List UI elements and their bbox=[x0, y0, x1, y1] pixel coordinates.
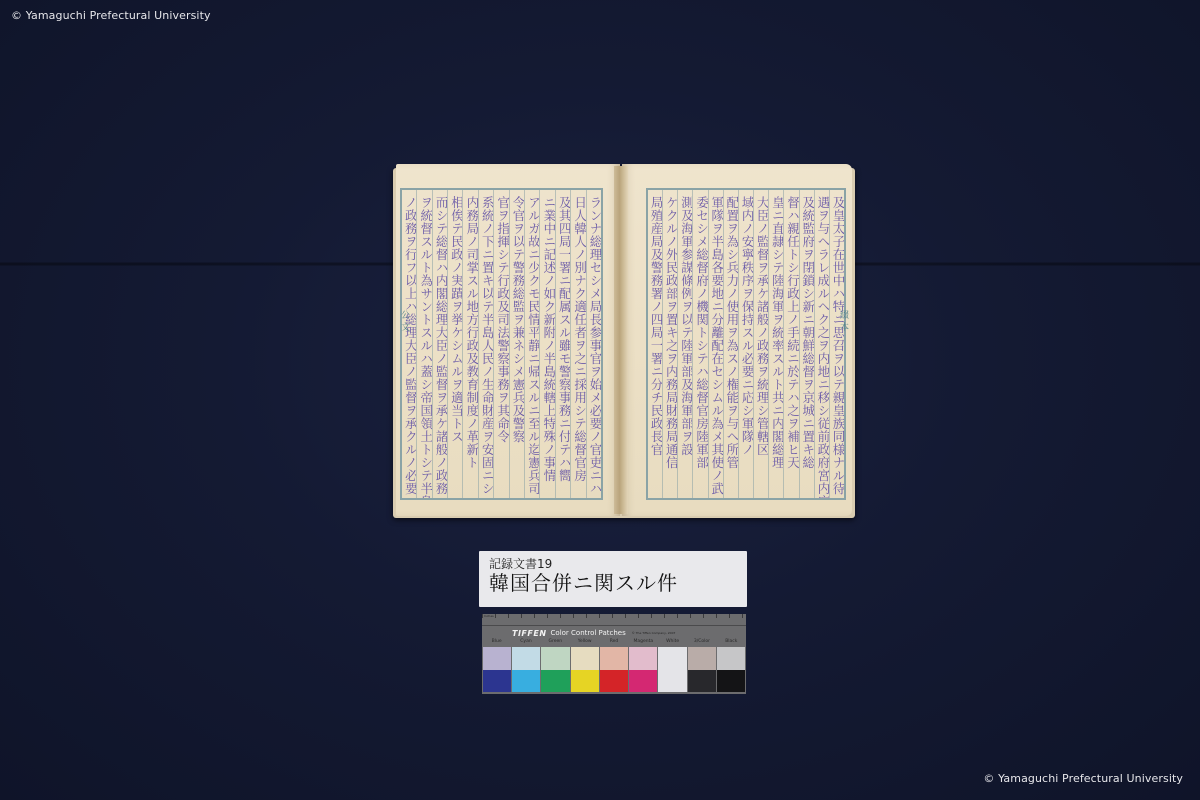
text-column: 督ハ親任トシ行政上ノ手続ニ於テハ之ヲ補ヒ天 bbox=[783, 190, 798, 498]
chart-header: TIFFEN Color Control Patches © The Tiffe… bbox=[482, 626, 746, 640]
open-book: ランナ総理セシメ局長参事官ヲ始メ必要ノ官吏ニハ 日人韓人ノ別ナク適任者ヲ之ニ採用… bbox=[396, 164, 852, 516]
text-column: 配置ヲ為シ兵力ノ使用ヲ為スノ権能ヲ与ヘ所管 bbox=[723, 190, 738, 498]
patch-name: Black bbox=[717, 639, 746, 646]
text-column: 及皇太子在世中ハ特ニ思召ヲ以テ親皇族同様ナル待 bbox=[829, 190, 844, 498]
text-column: ノ政務ヲ行フ以上ハ総理大臣ノ監督ヲ承クルノ必要 bbox=[402, 190, 416, 498]
color-patch-magenta-light bbox=[629, 647, 657, 670]
text-column: 系統ノ下ニ置キ以テ半島人民ノ生命財産ヲ安固ニシ bbox=[478, 190, 493, 498]
color-patch-cyan-light bbox=[512, 647, 540, 670]
patch-name: Cyan bbox=[511, 639, 540, 646]
text-column: 測及海軍参謀條例ヲ以テ陸軍部及海軍部ヲ設 bbox=[677, 190, 692, 498]
color-patch-red-light bbox=[600, 647, 628, 670]
color-patch-white-light bbox=[658, 647, 686, 670]
text-column: ランナ総理セシメ局長参事官ヲ始メ必要ノ官吏ニハ bbox=[586, 190, 601, 498]
color-patch-red-dark bbox=[600, 670, 628, 693]
text-column: 局殖産局及警務署ノ四局一署ニ分チ民政長官 bbox=[648, 190, 662, 498]
patch-name: Blue bbox=[482, 639, 511, 646]
color-patch-black-light bbox=[717, 647, 745, 670]
color-patch-blue-dark bbox=[483, 670, 511, 693]
chart-copyright: © The Tiffen Company, 2007 bbox=[632, 631, 676, 635]
text-column: アルガ故ニ少クモ民情平静ニ帰スルニ至ル迄憲兵司 bbox=[524, 190, 539, 498]
copyright-watermark-bottom: © Yamaguchi Prefectural University bbox=[983, 772, 1183, 785]
color-patch-white-dark bbox=[658, 670, 686, 693]
text-column: 委セシメ総督府ノ機関トシテハ総督官房陸軍部 bbox=[692, 190, 707, 498]
text-column: 軍隊ヲ半島各要地ニ分離配在セシムル為メ其使ノ武 bbox=[708, 190, 723, 498]
color-patch-magenta-dark bbox=[629, 670, 657, 693]
text-column: 遇ヲ与ヘラレ成ルヘク之ヲ内地ニ移シ従前政府宮内府 bbox=[814, 190, 829, 498]
text-column: ヲ統督スルト為サントスルハ蓋シ帝国領土トシテ半島 bbox=[416, 190, 431, 498]
tiffen-logo: TIFFEN bbox=[512, 629, 547, 638]
color-patches-grid bbox=[482, 647, 746, 692]
color-control-chart: Inches TIFFEN Color Control Patches © Th… bbox=[482, 614, 746, 694]
color-patch-black-dark bbox=[717, 670, 745, 693]
text-column: 而シテ総督ハ内閣総理大臣ノ監督ヲ承ケ諸般ノ政務 bbox=[432, 190, 447, 498]
right-margin-mark: 綴 本 bbox=[837, 310, 850, 331]
left-margin-mark: 公 文 bbox=[398, 310, 411, 331]
text-column: 大臣ノ監督ヲ承ケ諸般ノ政務ヲ統理シ管轄区 bbox=[753, 190, 768, 498]
chart-title: Color Control Patches bbox=[551, 629, 626, 637]
measurement-ruler: Inches bbox=[482, 614, 746, 626]
book-gutter bbox=[614, 166, 628, 514]
text-column: ケクルノ外民政部ヲ置キ之ヲ内務局財務局通信 bbox=[662, 190, 677, 498]
patch-name: Green bbox=[541, 639, 570, 646]
color-patch-3-color-dark bbox=[688, 670, 716, 693]
ruler-unit-label: Inches bbox=[484, 614, 494, 618]
text-column: 域内ノ安寧秩序ヲ保持スル必要ニ応シ軍隊ノ bbox=[738, 190, 753, 498]
color-patch-blue-light bbox=[483, 647, 511, 670]
color-patch-yellow-dark bbox=[571, 670, 599, 693]
left-page: ランナ総理セシメ局長参事官ヲ始メ必要ノ官吏ニハ 日人韓人ノ別ナク適任者ヲ之ニ採用… bbox=[396, 164, 620, 516]
left-page-frame: ランナ総理セシメ局長参事官ヲ始メ必要ノ官吏ニハ 日人韓人ノ別ナク適任者ヲ之ニ採用… bbox=[400, 188, 603, 500]
color-patch-green-dark bbox=[541, 670, 569, 693]
text-column: 令官ヲ以テ警務総監ヲ兼ネシメ憲兵及警察 bbox=[509, 190, 524, 498]
text-column: 皇ニ直隷シテ陸海軍ヲ統率スルト共ニ内閣総理 bbox=[768, 190, 783, 498]
patch-name: White bbox=[658, 639, 687, 646]
document-title: 韓国合併ニ関スル件 bbox=[489, 571, 737, 595]
color-patch-yellow-light bbox=[571, 647, 599, 670]
color-patch-cyan-dark bbox=[512, 670, 540, 693]
patch-name: Magenta bbox=[629, 639, 658, 646]
right-page-frame: 及皇太子在世中ハ特ニ思召ヲ以テ親皇族同様ナル待 遇ヲ与ヘラレ成ルヘク之ヲ内地ニ移… bbox=[646, 188, 846, 500]
text-column: 日人韓人ノ別ナク適任者ヲ之ニ採用シテ総督官房 bbox=[570, 190, 585, 498]
text-column: 官ヲ指揮シテ行政及司法警察事務ヲ其命令 bbox=[493, 190, 508, 498]
color-patch-3-color-light bbox=[688, 647, 716, 670]
text-column: 相俟テ民政ノ実蹟ヲ挙ケシムルヲ適当トス bbox=[447, 190, 462, 498]
right-page: 及皇太子在世中ハ特ニ思召ヲ以テ親皇族同様ナル待 遇ヲ与ヘラレ成ルヘク之ヲ内地ニ移… bbox=[622, 164, 852, 516]
patch-names-row: Blue Cyan Green Yellow Red Magenta White… bbox=[482, 639, 746, 646]
patch-name: Red bbox=[599, 639, 628, 646]
text-column: 及其四局一署ニ配属スル雖モ警察事務ニ付テハ嚮 bbox=[555, 190, 570, 498]
patch-name: Yellow bbox=[570, 639, 599, 646]
copyright-watermark-top: © Yamaguchi Prefectural University bbox=[11, 9, 211, 22]
text-column: ニ業中ニ記述ノ如ク新附ノ半島統轄上特殊ノ事情 bbox=[539, 190, 554, 498]
text-column: 及統監府ヲ閉鎖シ新ニ朝鮮総督ヲ京城ニ置キ総 bbox=[799, 190, 814, 498]
document-label-card: 記録文書19 韓国合併ニ関スル件 bbox=[479, 551, 747, 607]
color-patch-green-light bbox=[541, 647, 569, 670]
document-catalog-number: 記録文書19 bbox=[489, 557, 737, 571]
patch-name: 3/Color bbox=[687, 639, 716, 646]
text-column: 内務局ノ司掌スル地方行政及教育制度ノ革新ト bbox=[462, 190, 477, 498]
